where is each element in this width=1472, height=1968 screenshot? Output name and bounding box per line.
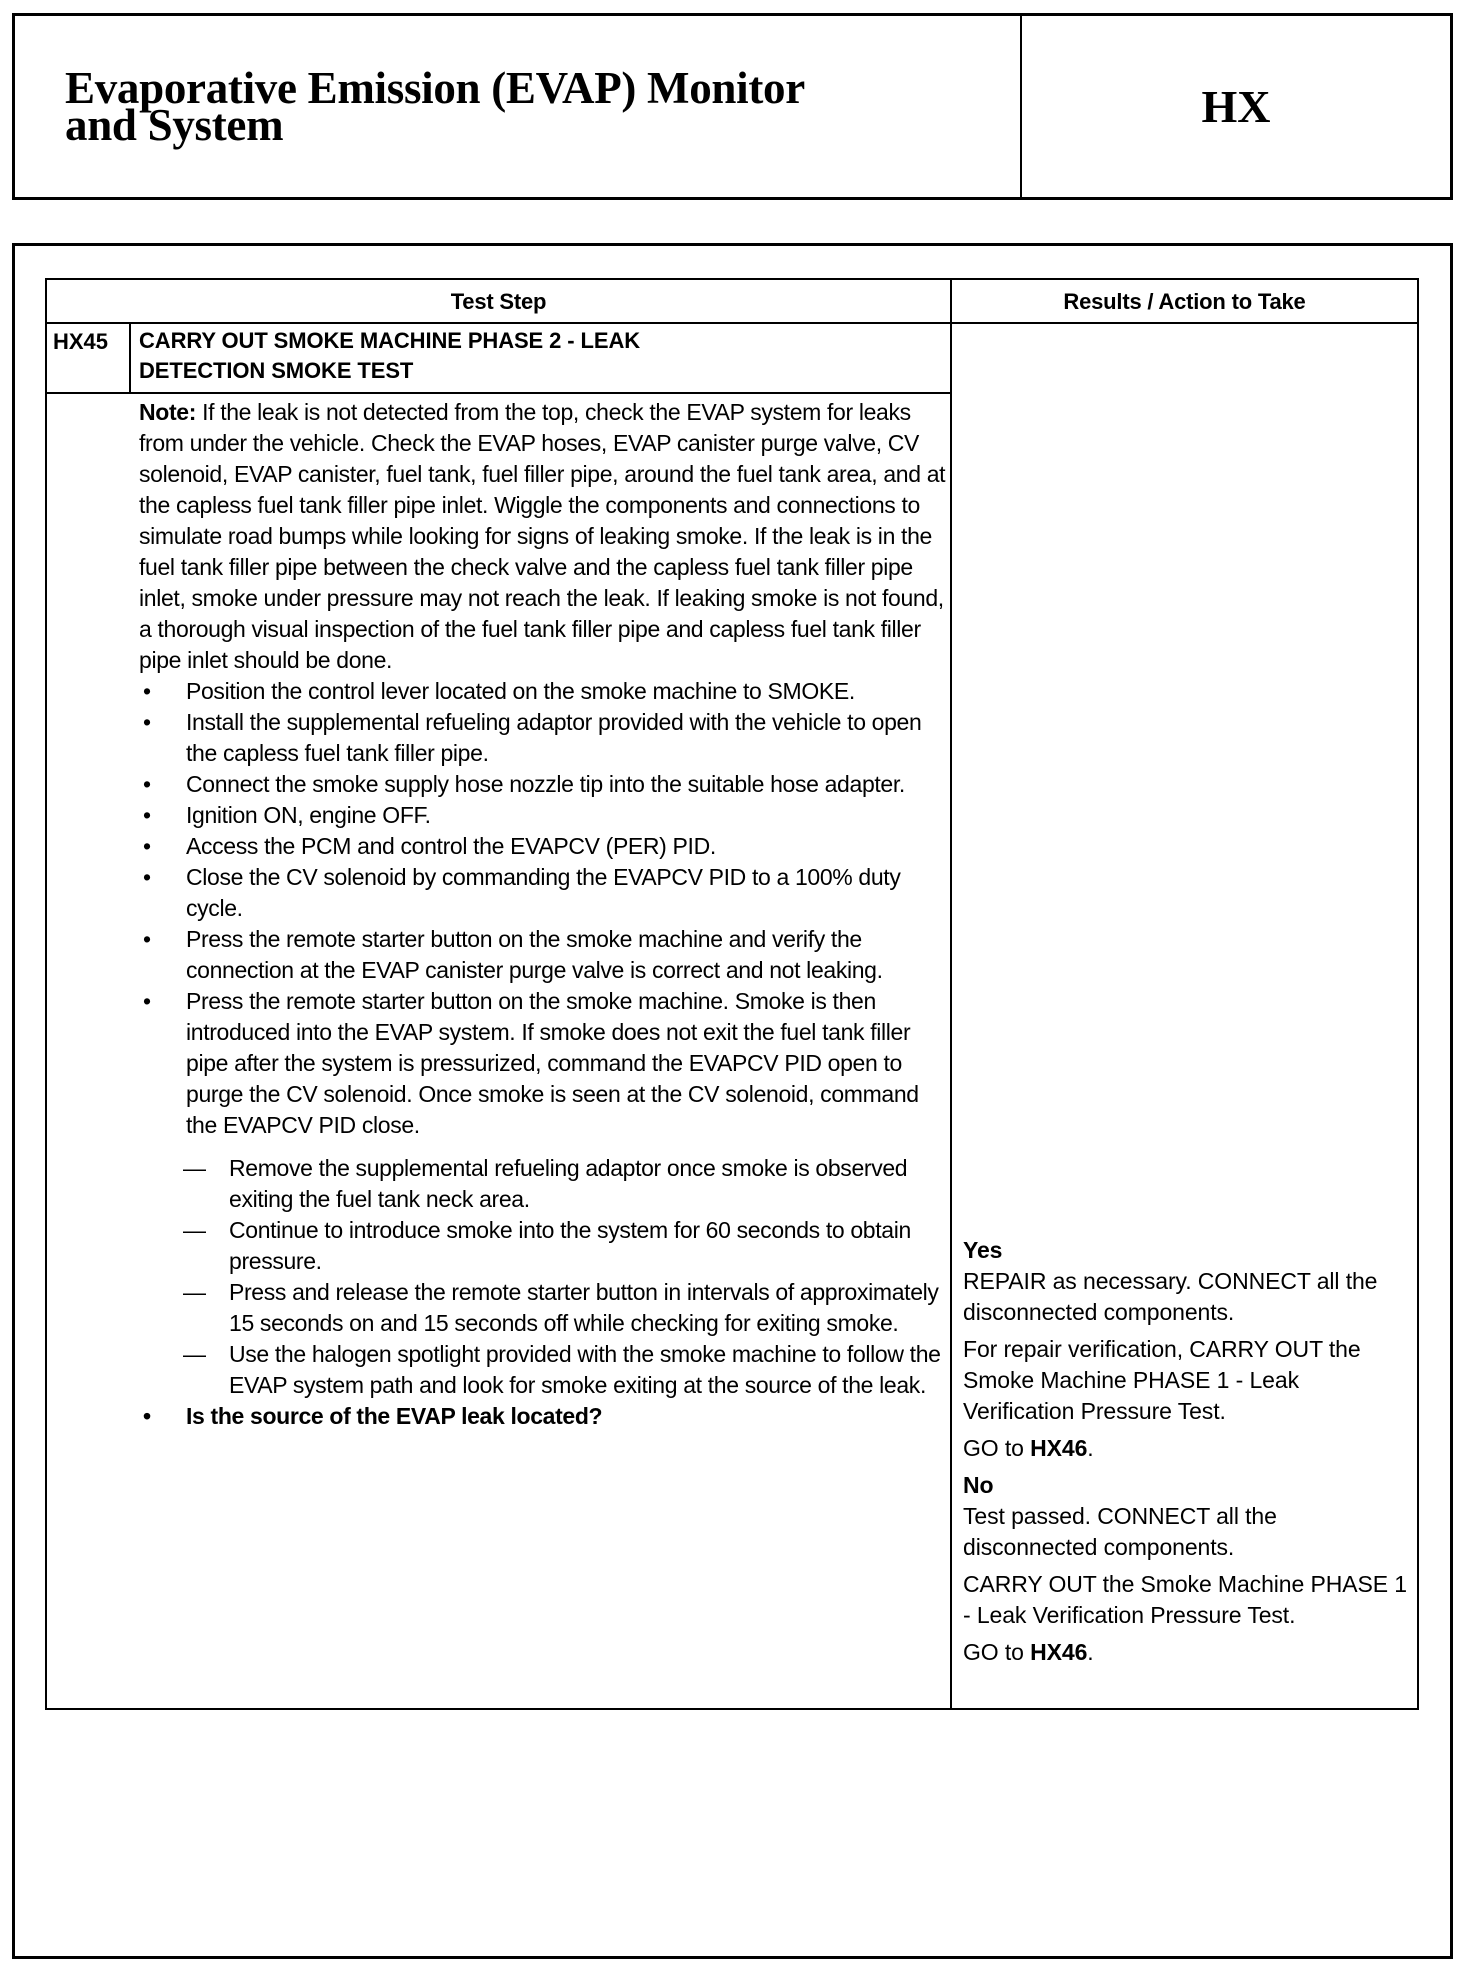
list-item: •Access the PCM and control the EVAPCV (…	[139, 831, 947, 862]
bullet-icon: •	[143, 924, 151, 955]
bullet-icon: •	[143, 1401, 151, 1432]
result-yes-action: REPAIR as necessary. CONNECT all the dis…	[963, 1266, 1413, 1328]
note-text: If the leak is not detected from the top…	[139, 399, 945, 673]
result-no-goto: GO to HX46.	[963, 1637, 1413, 1668]
result-no-action: Test passed. CONNECT all the disconnecte…	[963, 1501, 1413, 1563]
test-step-table: Test Step Results / Action to Take HX45 …	[45, 278, 1419, 1710]
section-title: Evaporative Emission (EVAP) Monitor and …	[15, 16, 1022, 197]
step-title-line2: DETECTION SMOKE TEST	[139, 356, 952, 386]
note-label: Note:	[139, 399, 196, 425]
column-header-test-step: Test Step	[47, 280, 952, 322]
bullet-icon: •	[143, 800, 151, 831]
bullet-icon: •	[143, 676, 151, 707]
list-item: •Position the control lever located on t…	[139, 676, 947, 707]
sub-list-item: —Remove the supplemental refueling adapt…	[139, 1153, 947, 1215]
list-item: •Install the supplemental refueling adap…	[139, 707, 947, 769]
column-header-results: Results / Action to Take	[952, 280, 1417, 322]
list-item: •Close the CV solenoid by commanding the…	[139, 862, 947, 924]
step-title: CARRY OUT SMOKE MACHINE PHASE 2 - LEAK D…	[131, 322, 952, 392]
result-yes-label: Yes	[963, 1235, 1413, 1266]
section-code: HX	[1022, 16, 1450, 197]
step-body: Note: If the leak is not detected from t…	[139, 397, 947, 1432]
result-no-label: No	[963, 1470, 1413, 1501]
bullet-icon: •	[143, 769, 151, 800]
dash-icon: —	[183, 1277, 206, 1308]
step-id: HX45	[47, 322, 131, 392]
step-note: Note: If the leak is not detected from t…	[139, 397, 947, 676]
dash-icon: —	[183, 1215, 206, 1246]
bullet-icon: •	[143, 707, 151, 738]
dash-icon: —	[183, 1339, 206, 1370]
results-cell: Yes REPAIR as necessary. CONNECT all the…	[963, 1235, 1413, 1674]
step-question: •Is the source of the EVAP leak located?	[139, 1401, 947, 1432]
list-item: •Connect the smoke supply hose nozzle ti…	[139, 769, 947, 800]
sub-list-item: —Use the halogen spotlight provided with…	[139, 1339, 947, 1401]
column-divider	[950, 322, 952, 1708]
goto-link-hx46[interactable]: HX46	[1030, 1435, 1087, 1461]
bullet-icon: •	[143, 986, 151, 1017]
step-title-row: HX45 CARRY OUT SMOKE MACHINE PHASE 2 - L…	[47, 322, 952, 394]
bullet-icon: •	[143, 862, 151, 893]
sub-list-item: —Continue to introduce smoke into the sy…	[139, 1215, 947, 1277]
dash-icon: —	[183, 1153, 206, 1184]
result-no-verification: CARRY OUT the Smoke Machine PHASE 1 - Le…	[963, 1569, 1413, 1631]
result-yes-goto: GO to HX46.	[963, 1433, 1413, 1464]
sub-list-item: —Press and release the remote starter bu…	[139, 1277, 947, 1339]
bullet-icon: •	[143, 831, 151, 862]
result-yes-verification: For repair verification, CARRY OUT the S…	[963, 1334, 1413, 1427]
goto-link-hx46[interactable]: HX46	[1030, 1639, 1087, 1665]
list-item: •Press the remote starter button on the …	[139, 986, 947, 1141]
table-header-row: Test Step Results / Action to Take	[47, 280, 1417, 324]
sub-list: —Remove the supplemental refueling adapt…	[139, 1153, 947, 1401]
list-item: •Press the remote starter button on the …	[139, 924, 947, 986]
step-title-line1: CARRY OUT SMOKE MACHINE PHASE 2 - LEAK	[139, 326, 952, 356]
list-item: •Ignition ON, engine OFF.	[139, 800, 947, 831]
page-header: Evaporative Emission (EVAP) Monitor and …	[12, 13, 1453, 200]
